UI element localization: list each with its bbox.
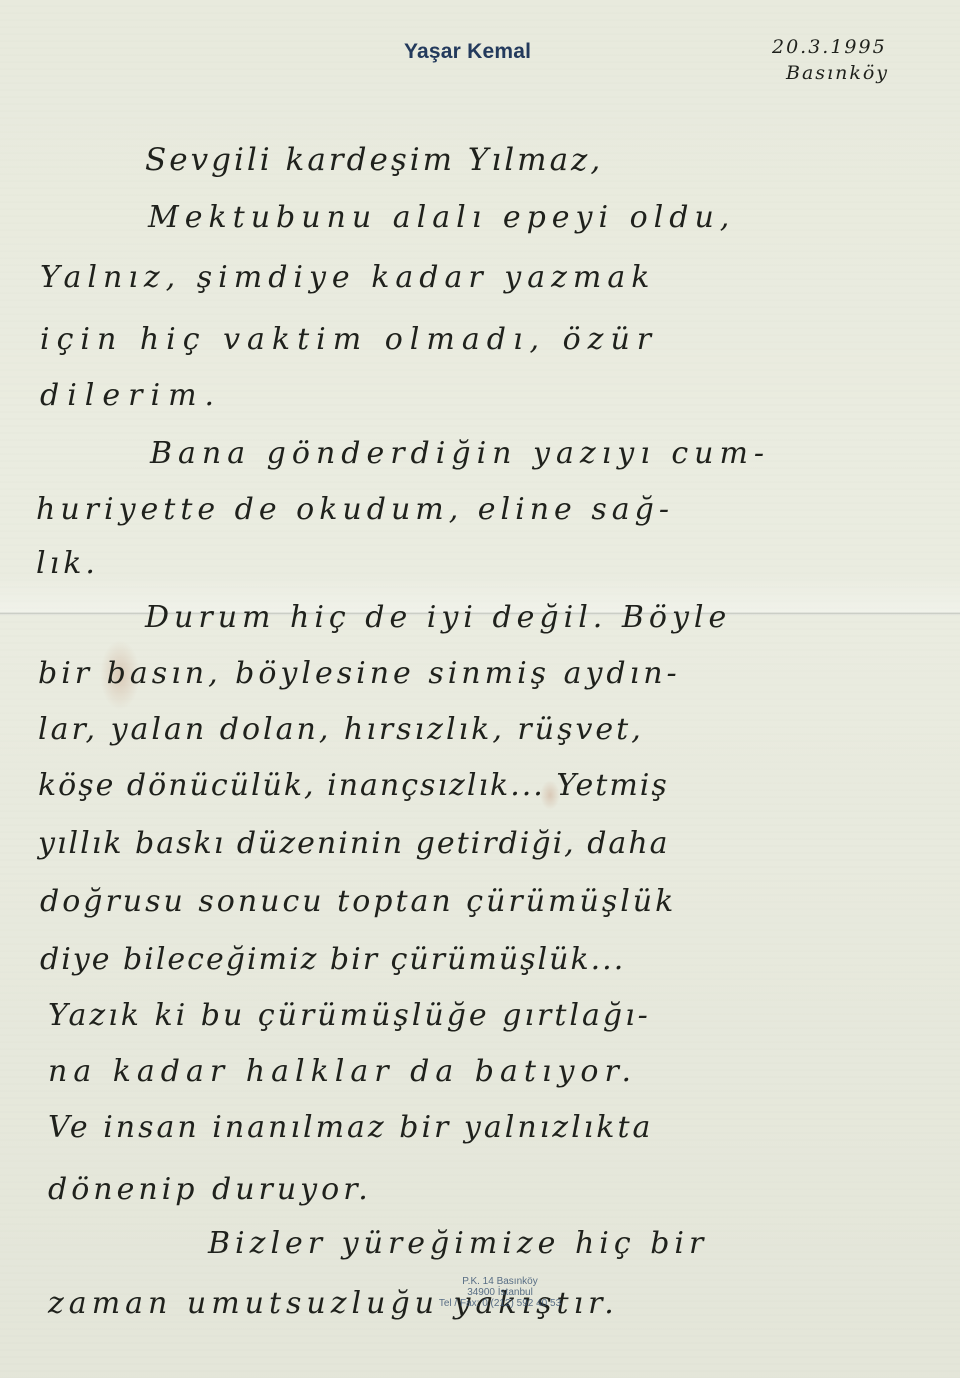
letterhead-name: Yaşar Kemal	[404, 40, 531, 64]
footer-phone: Tel / Fax: 0 (212) 592 40 53	[400, 1298, 600, 1309]
body-line: Ve insan inanılmaz bir yalnızlıkta	[48, 1110, 653, 1145]
footer-address-line2: 34900 İstanbul	[400, 1287, 600, 1298]
body-line: Mektubunu alalı epeyi oldu,	[148, 200, 735, 235]
body-line: köşe dönücülük, inançsızlık... Yetmiş	[38, 768, 669, 803]
footer-address-line1: P.K. 14 Basınköy	[400, 1276, 600, 1287]
body-line: lık.	[36, 546, 99, 581]
body-line: na kadar halklar da batıyor.	[48, 1054, 637, 1089]
body-line: Yalnız, şimdiye kadar yazmak	[40, 260, 655, 295]
body-line: bir basın, böylesine sinmiş aydın-	[38, 656, 681, 691]
body-line: Bizler yüreğimize hiç bir	[208, 1226, 708, 1261]
body-line: yıllık baskı düzeninin getirdiği, daha	[38, 826, 670, 861]
body-line: doğrusu sonucu toptan çürümüşlük	[40, 884, 676, 919]
body-line: için hiç vaktim olmadı, özür	[40, 322, 658, 357]
letter-page: Yaşar Kemal 20.3.1995 Basınköy Sevgili k…	[0, 0, 960, 1378]
body-line: Yazık ki bu çürümüşlüğe gırtlağı-	[48, 998, 651, 1033]
salutation: Sevgili kardeşim Yılmaz,	[145, 142, 603, 178]
body-line: Durum hiç de iyi değil. Böyle	[145, 600, 731, 635]
body-line: Bana gönderdiğin yazıyı cum-	[150, 436, 770, 471]
body-line: dönenip duruyor.	[48, 1172, 372, 1207]
body-line: diye bileceğimiz bir çürümüşlük...	[40, 942, 625, 977]
letter-date: 20.3.1995	[772, 36, 887, 58]
letter-place: Basınköy	[786, 62, 889, 84]
body-line: dilerim.	[40, 378, 222, 413]
letterhead-footer: P.K. 14 Basınköy 34900 İstanbul Tel / Fa…	[400, 1276, 600, 1309]
body-line: lar, yalan dolan, hırsızlık, rüşvet,	[38, 712, 644, 747]
body-line: huriyette de okudum, eline sağ-	[36, 492, 674, 527]
